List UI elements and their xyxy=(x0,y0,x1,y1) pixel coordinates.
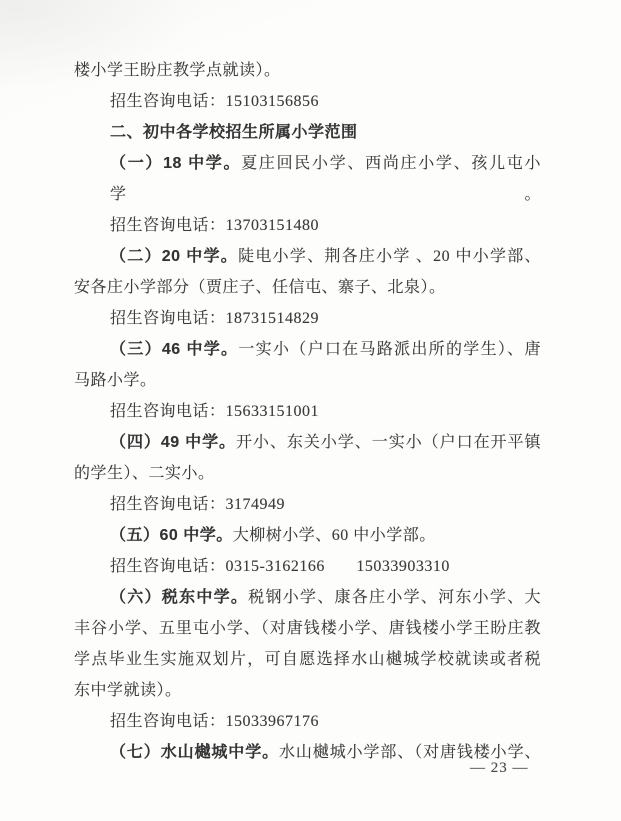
line-text: 税钢小学、康各庄小学、河东小学、大 xyxy=(248,589,541,606)
phone-line: 招生咨询电话：15033967176 xyxy=(74,706,541,737)
line-text: 招生咨询电话：15103156856 xyxy=(110,93,319,110)
line-text: 楼小学王盼庄教学点就读）。 xyxy=(74,62,281,79)
school-name-bold: （二）20 中学。 xyxy=(110,248,238,265)
line-text: 招生咨询电话：13703151480 xyxy=(110,217,319,234)
line-text: 马路小学。 xyxy=(74,372,157,389)
line-text: 招生咨询电话：18731514829 xyxy=(110,310,319,327)
phone-line: 招生咨询电话：15633151001 xyxy=(74,396,541,427)
line-text: 陡电小学、荆各庄小学 、20 中小学部、 xyxy=(238,248,541,265)
document-body: 楼小学王盼庄教学点就读）。 招生咨询电话：15103156856 二、初中各学校… xyxy=(74,55,541,768)
school-name-bold: （六）税东中学。 xyxy=(110,589,248,606)
continuation-line: 学点毕业生实施双划片，可自愿选择水山樾城学校就读或者税 xyxy=(74,644,541,675)
school-name-bold: （七）水山樾城中学。 xyxy=(110,744,279,761)
school-entry-line: （五）60 中学。大柳树小学、60 中小学部。 xyxy=(74,520,541,551)
school-entry-line: （一）18 中学。夏庄回民小学、西尚庄小学、孩儿屯小学。 xyxy=(74,148,541,210)
line-text: 水山樾城小学部、（对唐钱楼小学、 xyxy=(279,744,541,761)
continuation-line: 丰谷小学、五里屯小学、（对唐钱楼小学、唐钱楼小学王盼庄教 xyxy=(74,613,541,644)
phone-line: 招生咨询电话：3174949 xyxy=(74,489,541,520)
line-text: 的学生）、二实小。 xyxy=(74,465,215,482)
page-number: — 23 — xyxy=(470,760,529,777)
school-name-bold: （四）49 中学。 xyxy=(110,434,236,451)
continuation-line: 楼小学王盼庄教学点就读）。 xyxy=(74,55,541,86)
line-text: 大柳树小学、60 中小学部。 xyxy=(233,527,436,544)
line-text: 安各庄小学部分（贾庄子、任信屯、寨子、北泉）。 xyxy=(74,279,446,296)
line-text: 开小、东关小学、一实小（户口在开平镇 xyxy=(236,434,541,451)
line-text: 招生咨询电话：15033967176 xyxy=(110,713,319,730)
section-title-line: 二、初中各学校招生所属小学范围 xyxy=(74,117,541,148)
school-entry-line: （四）49 中学。开小、东关小学、一实小（户口在开平镇 xyxy=(74,427,541,458)
line-text: 一实小（户口在马路派出所的学生）、唐 xyxy=(238,341,541,358)
section-title: 二、初中各学校招生所属小学范围 xyxy=(110,124,358,141)
line-text: 东中学就读）。 xyxy=(74,682,182,699)
line-text: 招生咨询电话：15633151001 xyxy=(110,403,319,420)
line-text: 丰谷小学、五里屯小学、（对唐钱楼小学、唐钱楼小学王盼庄教 xyxy=(74,620,541,637)
continuation-line: 安各庄小学部分（贾庄子、任信屯、寨子、北泉）。 xyxy=(74,272,541,303)
school-name-bold: （五）60 中学。 xyxy=(110,527,233,544)
phone-line: 招生咨询电话：15103156856 xyxy=(74,86,541,117)
school-name-bold: （一）18 中学。 xyxy=(110,155,241,172)
continuation-line: 东中学就读）。 xyxy=(74,675,541,706)
school-entry-line: （三）46 中学。一实小（户口在马路派出所的学生）、唐 xyxy=(74,334,541,365)
line-text: 学点毕业生实施双划片，可自愿选择水山樾城学校就读或者税 xyxy=(74,651,541,668)
school-name-bold: （三）46 中学。 xyxy=(110,341,238,358)
line-text: 招生咨询电话：0315-3162166 15033903310 xyxy=(110,558,450,575)
school-entry-line: （六）税东中学。税钢小学、康各庄小学、河东小学、大 xyxy=(74,582,541,613)
continuation-line: 马路小学。 xyxy=(74,365,541,396)
school-entry-line: （二）20 中学。陡电小学、荆各庄小学 、20 中小学部、 xyxy=(74,241,541,272)
phone-line: 招生咨询电话：18731514829 xyxy=(74,303,541,334)
line-text: 招生咨询电话：3174949 xyxy=(110,496,285,513)
phone-line: 招生咨询电话：0315-3162166 15033903310 xyxy=(74,551,541,582)
phone-line: 招生咨询电话：13703151480 xyxy=(74,210,541,241)
continuation-line: 的学生）、二实小。 xyxy=(74,458,541,489)
scanned-document-page: 楼小学王盼庄教学点就读）。 招生咨询电话：15103156856 二、初中各学校… xyxy=(0,0,621,821)
